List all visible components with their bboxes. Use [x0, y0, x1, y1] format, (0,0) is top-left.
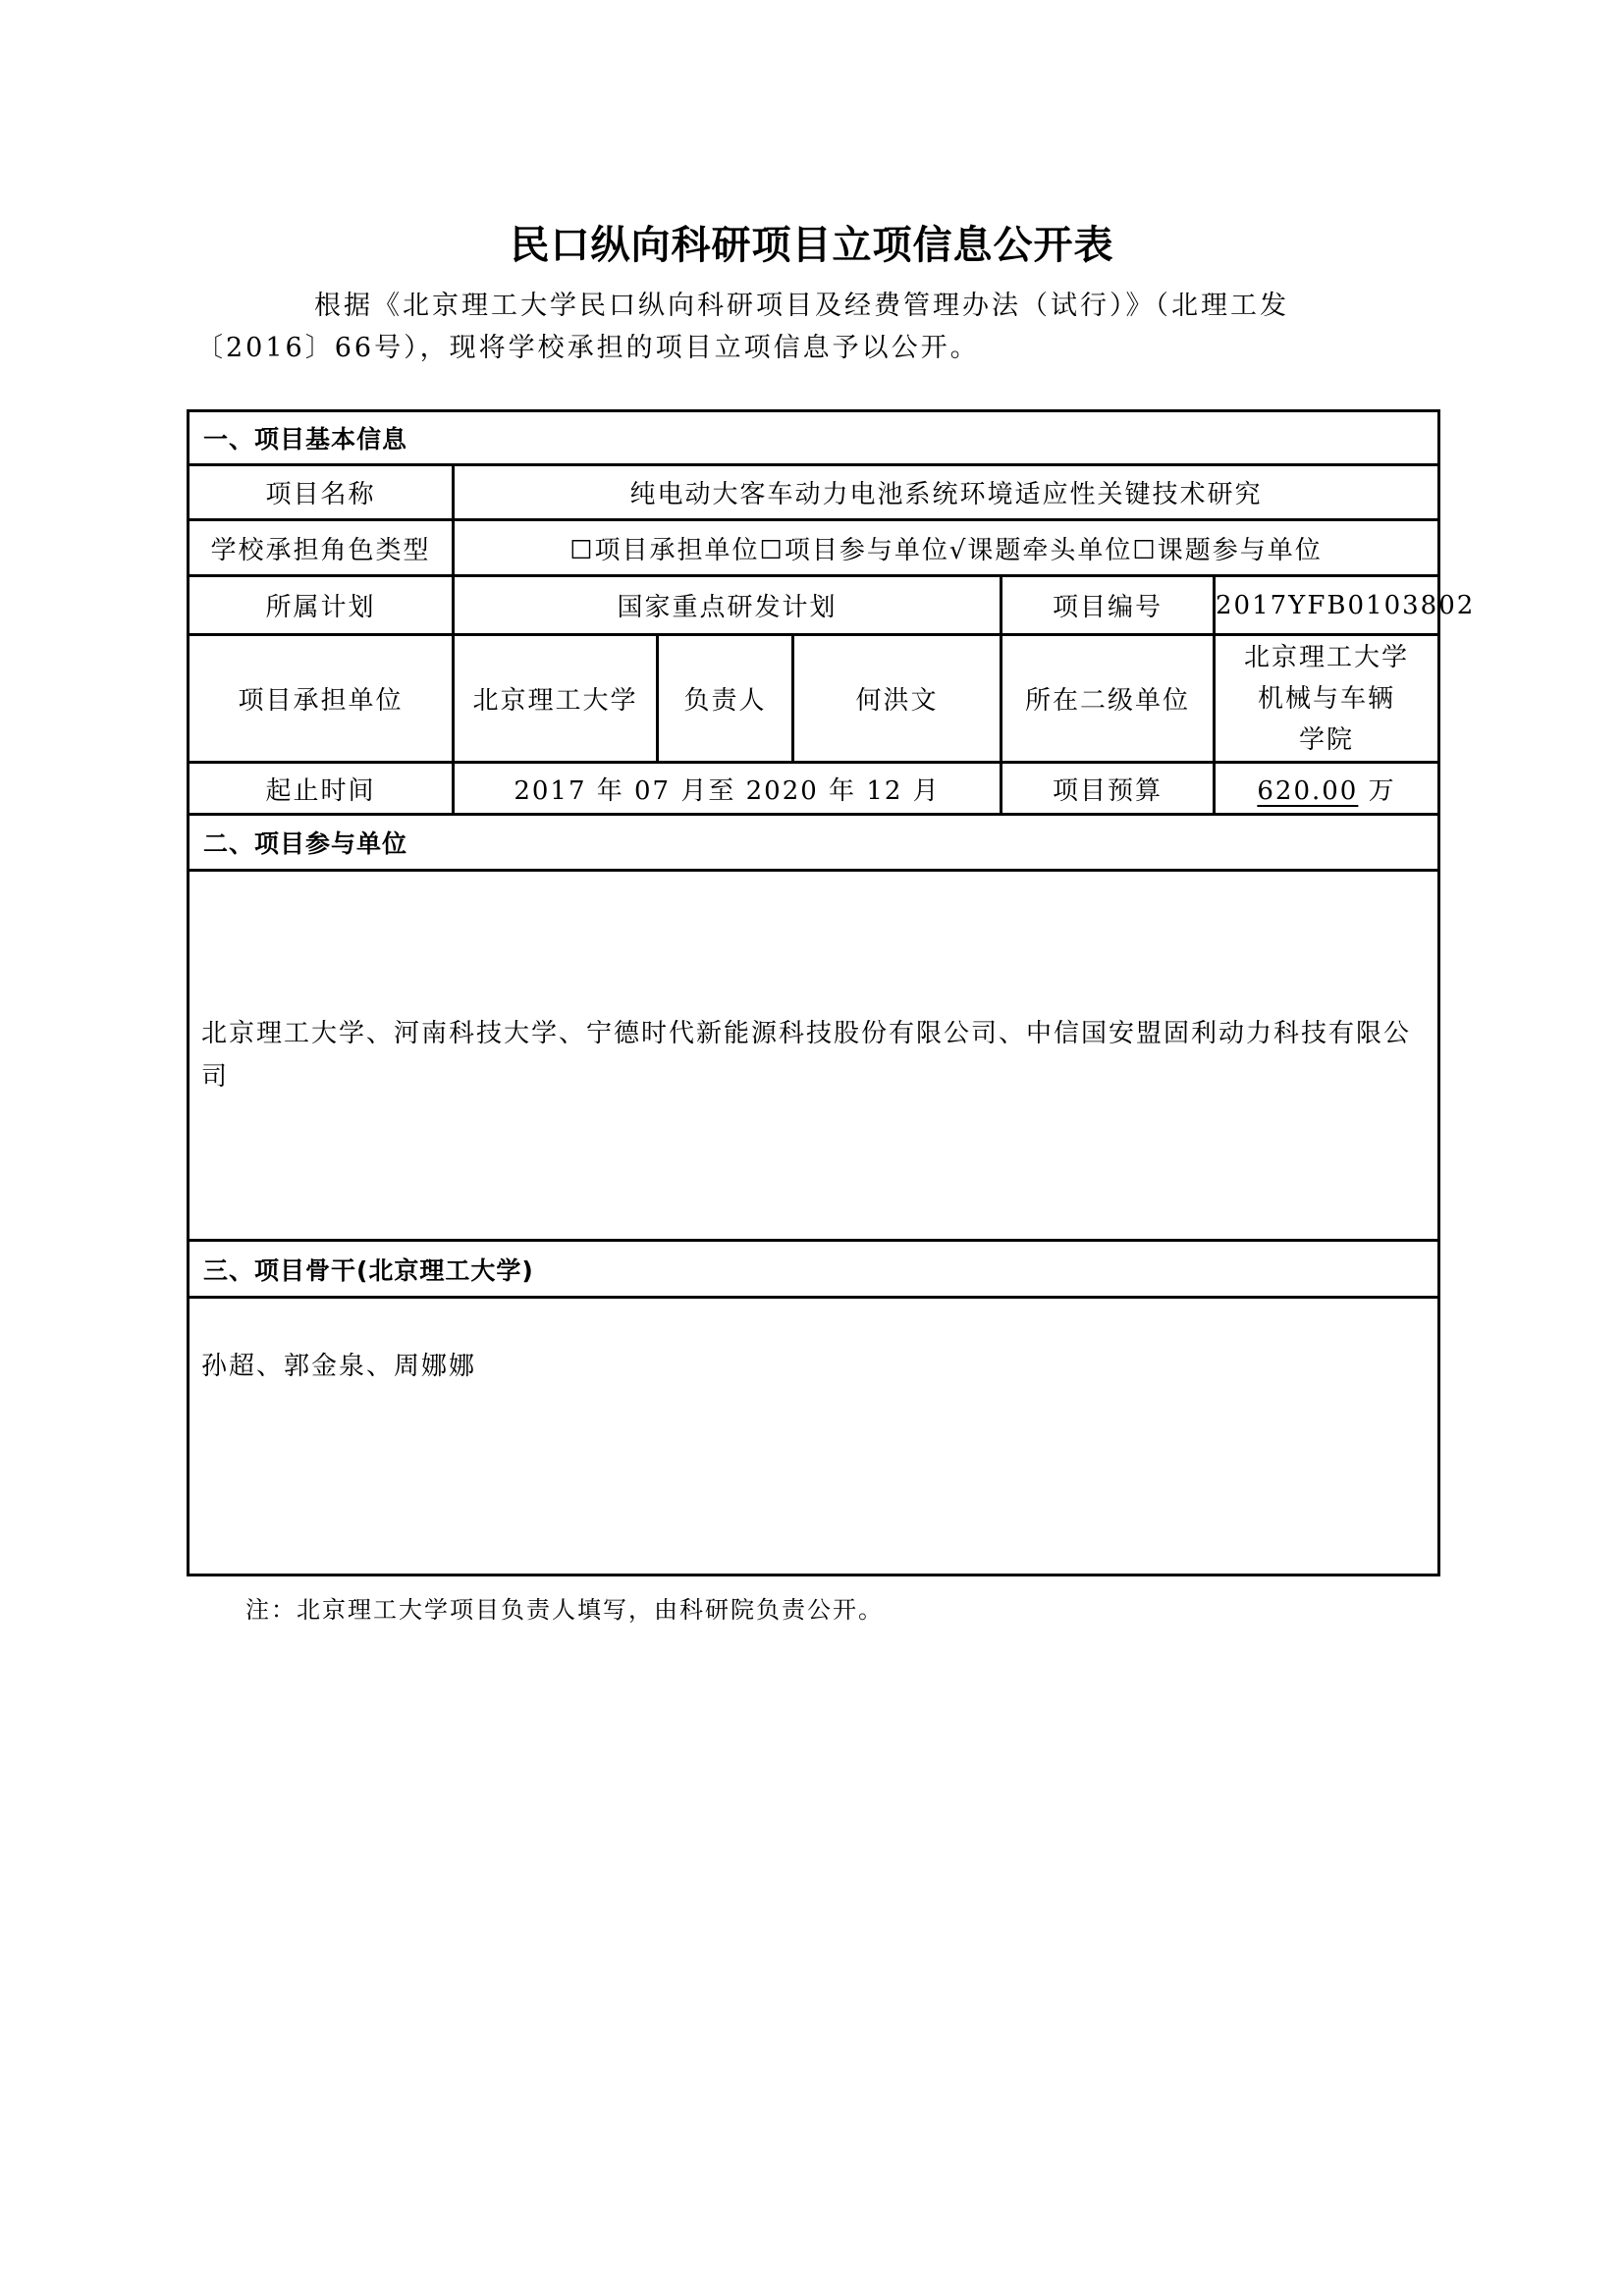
plan-value: 国家重点研发计划 [454, 576, 1001, 635]
page-title: 民口纵向科研项目立项信息公开表 [0, 214, 1624, 270]
budget-label: 项目预算 [1001, 763, 1215, 815]
budget-unit: 万 [1369, 776, 1396, 806]
budget-amount: 620.00 [1257, 776, 1358, 806]
intro-line-2: 〔2016〕66号），现将学校承担的项目立项信息予以公开。 [196, 327, 1443, 369]
secondary-unit-value: 北京理工大学 机械与车辆 学院 [1215, 635, 1439, 763]
info-table: 一、项目基本信息 项目名称 纯电动大客车动力电池系统环境适应性关键技术研究 学校… [187, 409, 1440, 1576]
participant-units: 北京理工大学、河南科技大学、宁德时代新能源科技股份有限公司、中信国安盟固利动力科… [189, 871, 1439, 1241]
role-type-options: ☐项目承担单位☐项目参与单位√课题牵头单位☐课题参与单位 [454, 520, 1439, 576]
leader-value: 何洪文 [793, 635, 1001, 763]
intro-paragraph: 根据《北京理工大学民口纵向科研项目及经费管理办法（试行）》（北理工发 〔2016… [196, 285, 1443, 369]
secondary-unit-line: 北京理工大学 [1216, 637, 1437, 678]
period-label: 起止时间 [189, 763, 454, 815]
intro-line-1: 根据《北京理工大学民口纵向科研项目及经费管理办法（试行）》（北理工发 [196, 285, 1443, 327]
project-number-label: 项目编号 [1001, 576, 1215, 635]
leader-label: 负责人 [658, 635, 793, 763]
period-value: 2017 年 07 月至 2020 年 12 月 [454, 763, 1001, 815]
plan-label: 所属计划 [189, 576, 454, 635]
project-name-value: 纯电动大客车动力电池系统环境适应性关键技术研究 [454, 465, 1439, 520]
key-staff-list: 孙超、郭金泉、周娜娜 [189, 1298, 1439, 1575]
project-number-value: 2017YFB0103802 [1215, 576, 1439, 635]
undertaking-unit-value: 北京理工大学 [454, 635, 658, 763]
role-type-label: 学校承担角色类型 [189, 520, 454, 576]
section-heading-participants: 二、项目参与单位 [189, 815, 1439, 871]
secondary-unit-line: 学院 [1216, 720, 1437, 761]
budget-value: 620.00 万 [1215, 763, 1439, 815]
project-name-label: 项目名称 [189, 465, 454, 520]
section-heading-basic-info: 一、项目基本信息 [189, 411, 1439, 465]
undertaking-unit-label: 项目承担单位 [189, 635, 454, 763]
secondary-unit-label: 所在二级单位 [1001, 635, 1215, 763]
footnote: 注：北京理工大学项目负责人填写，由科研院负责公开。 [245, 1590, 884, 1625]
secondary-unit-line: 机械与车辆 [1216, 678, 1437, 720]
section-heading-key-staff: 三、项目骨干(北京理工大学) [189, 1241, 1439, 1298]
